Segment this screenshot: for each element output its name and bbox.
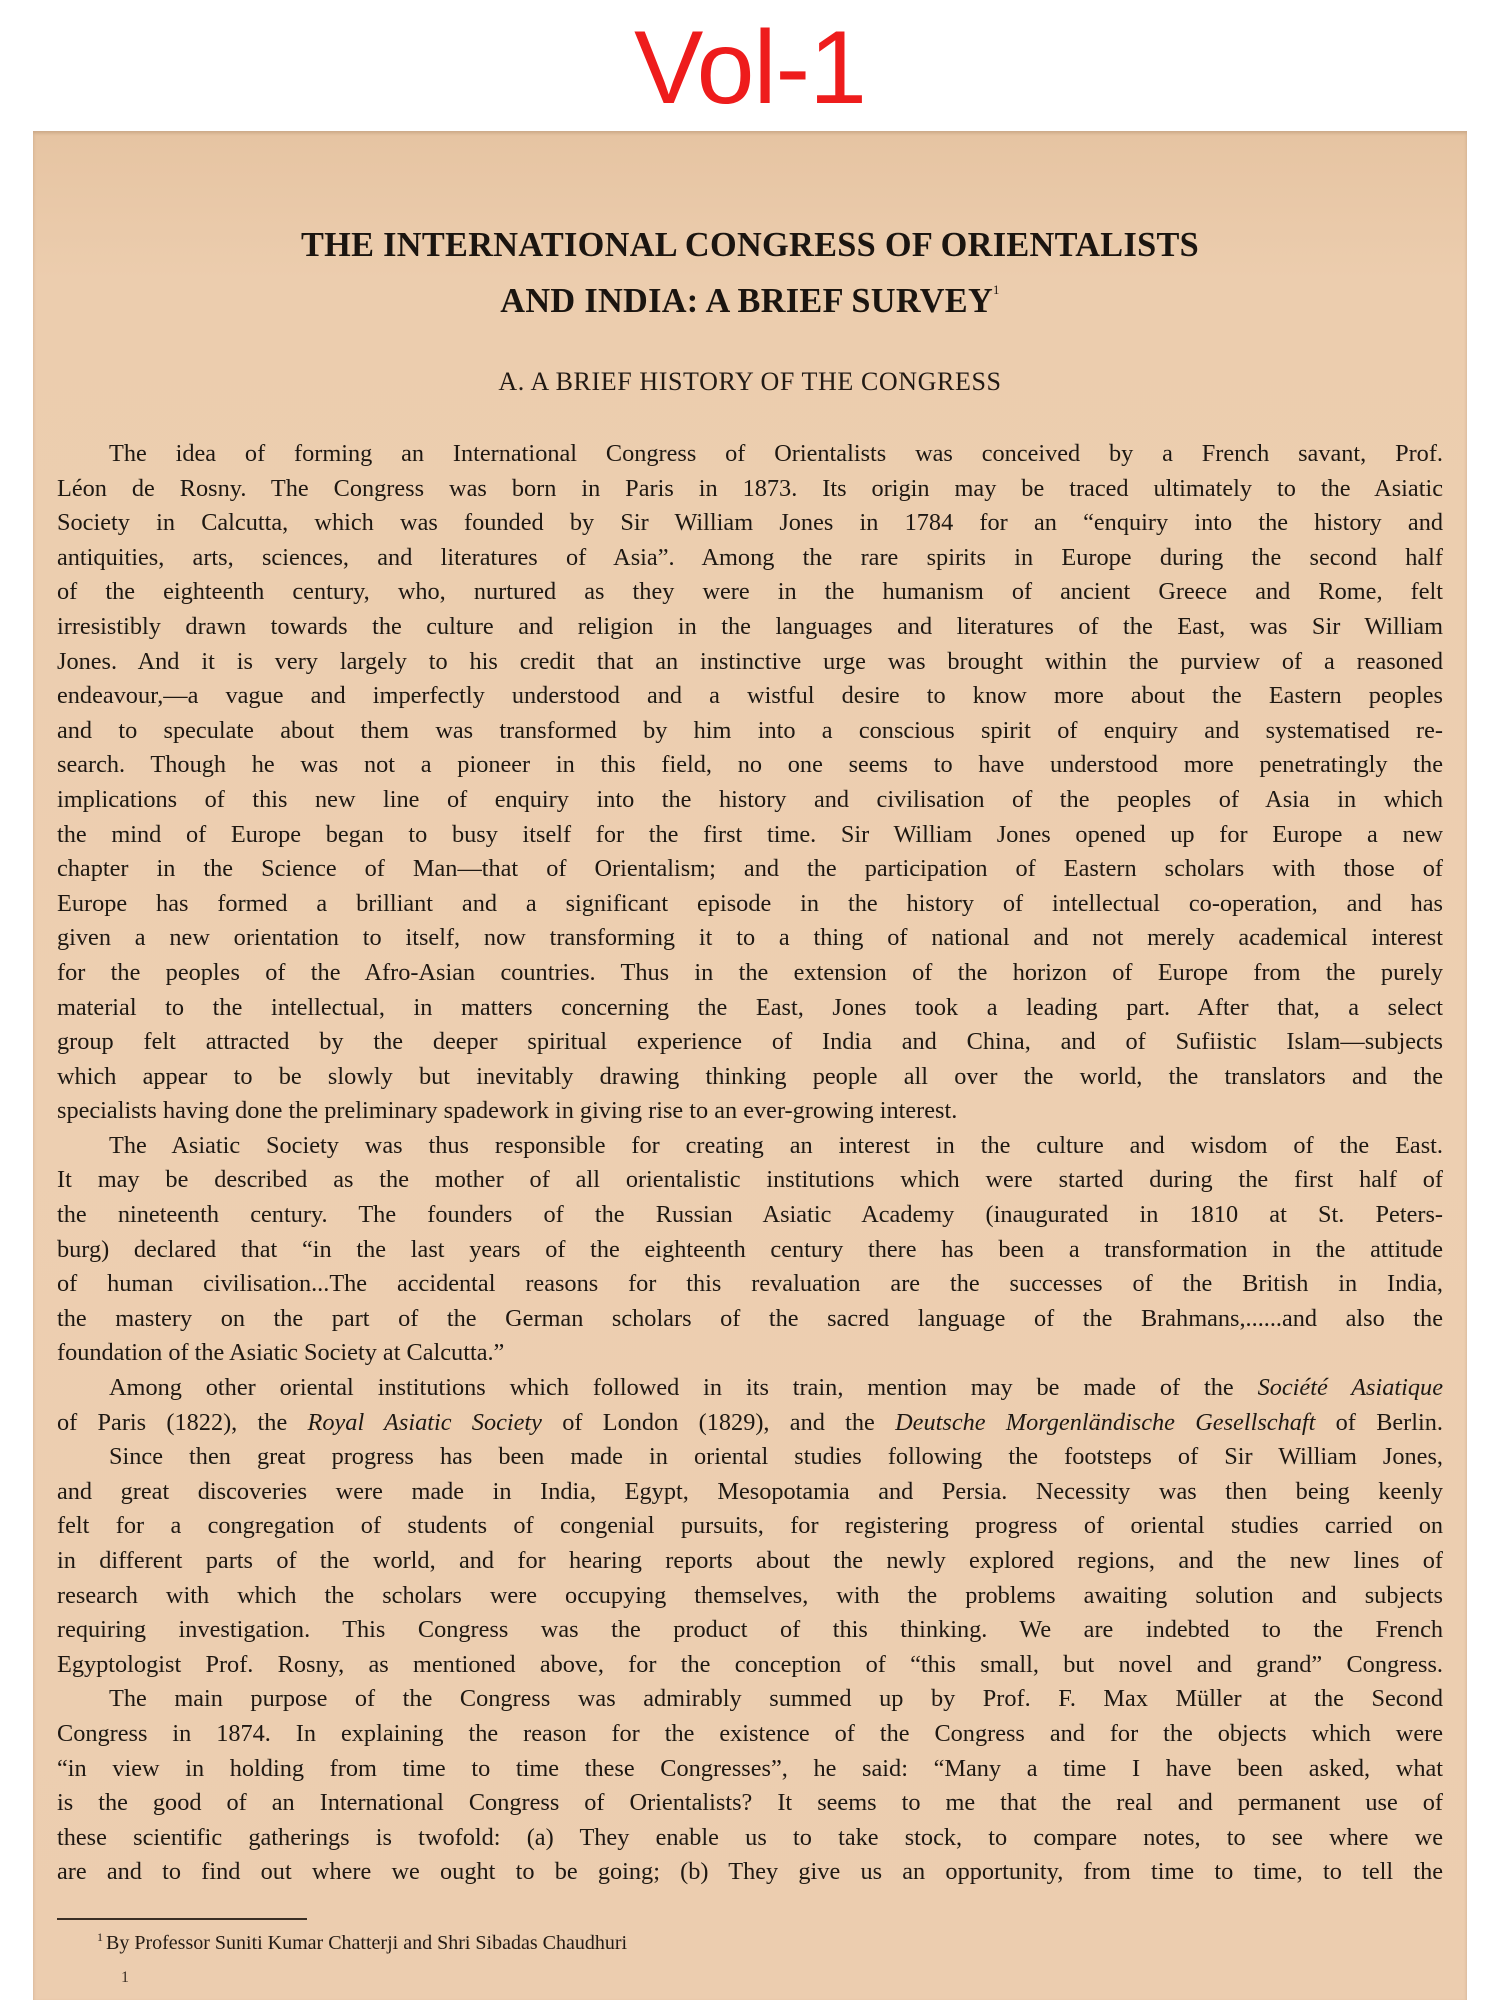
title-footnote-marker[interactable]: 1 xyxy=(993,282,1000,297)
text-line: Europe has formed a brilliant and a sign… xyxy=(57,887,1443,922)
text-line: the nineteenth century. The founders of … xyxy=(57,1198,1443,1233)
text-line: search. Though he was not a pioneer in t… xyxy=(57,748,1443,783)
text-line: implications of this new line of enquiry… xyxy=(57,783,1443,818)
text-line: burg) declared that “in the last years o… xyxy=(57,1233,1443,1268)
article-title-line-2: AND INDIA: A BRIEF SURVEY1 xyxy=(47,281,1452,321)
text-line: group felt attracted by the deeper spiri… xyxy=(57,1025,1443,1060)
text-line: in different parts of the world, and for… xyxy=(57,1544,1443,1579)
page-number: 1 xyxy=(121,1969,129,1987)
text-line: these scientific gatherings is twofold: … xyxy=(57,1821,1443,1856)
text-line: the mastery on the part of the German sc… xyxy=(57,1302,1443,1337)
body-text: The idea of forming an International Con… xyxy=(57,437,1443,1890)
text-line: which appear to be slowly but inevitably… xyxy=(57,1060,1443,1095)
text-line: The idea of forming an International Con… xyxy=(57,437,1443,472)
text-line: requiring investigation. This Congress w… xyxy=(57,1613,1443,1648)
title-text-1: THE INTERNATIONAL CONGRESS OF ORIENTALIS… xyxy=(301,225,1199,264)
text-line: chapter in the Science of Man—that of Or… xyxy=(57,852,1443,887)
text-line: It may be described as the mother of all… xyxy=(57,1163,1443,1198)
text-line: research with which the scholars were oc… xyxy=(57,1579,1443,1614)
text-line: The Asiatic Society was thus responsible… xyxy=(57,1129,1443,1164)
text-line: and to speculate about them was transfor… xyxy=(57,714,1443,749)
text-line: Since then great progress has been made … xyxy=(57,1440,1443,1475)
text-line: specialists having done the preliminary … xyxy=(57,1094,1443,1129)
text-line: irresistibly drawn towards the culture a… xyxy=(57,610,1443,645)
text-line: antiquities, arts, sciences, and literat… xyxy=(57,541,1443,576)
text-line: are and to find out where we ought to be… xyxy=(57,1855,1443,1890)
text-line: Among other oriental institutions which … xyxy=(57,1371,1443,1406)
text-line: “in view in holding from time to time th… xyxy=(57,1752,1443,1787)
text-line: felt for a congregation of students of c… xyxy=(57,1509,1443,1544)
scanned-page: THE INTERNATIONAL CONGRESS OF ORIENTALIS… xyxy=(33,131,1467,2000)
text-line: Congress in 1874. In explaining the reas… xyxy=(57,1717,1443,1752)
text-line: is the good of an International Congress… xyxy=(57,1786,1443,1821)
text-line: material to the intellectual, in matters… xyxy=(57,991,1443,1026)
text-line: endeavour,—a vague and imperfectly under… xyxy=(57,679,1443,714)
text-line: of human civilisation...The accidental r… xyxy=(57,1267,1443,1302)
text-line: of Paris (1822), the Royal Asiatic Socie… xyxy=(57,1406,1443,1441)
text-line: the mind of Europe began to busy itself … xyxy=(57,818,1443,853)
section-heading: A. A BRIEF HISTORY OF THE CONGRESS xyxy=(33,367,1467,397)
footnote-marker: 1 xyxy=(97,1930,103,1944)
footnote-divider xyxy=(57,1918,307,1920)
article-title-line-1: THE INTERNATIONAL CONGRESS OF ORIENTALIS… xyxy=(47,225,1452,265)
text-line: The main purpose of the Congress was adm… xyxy=(57,1682,1443,1717)
text-line: Léon de Rosny. The Congress was born in … xyxy=(57,472,1443,507)
text-line: given a new orientation to itself, now t… xyxy=(57,921,1443,956)
volume-label: Vol-1 xyxy=(0,8,1500,128)
text-line: of the eighteenth century, who, nurtured… xyxy=(57,575,1443,610)
text-line: Society in Calcutta, which was founded b… xyxy=(57,506,1443,541)
text-line: Jones. And it is very largely to his cre… xyxy=(57,645,1443,680)
footnote-text: By Professor Suniti Kumar Chatterji and … xyxy=(106,1932,627,1954)
footnote: 1By Professor Suniti Kumar Chatterji and… xyxy=(97,1930,627,1955)
text-line: and great discoveries were made in India… xyxy=(57,1475,1443,1510)
text-line: Egyptologist Prof. Rosny, as mentioned a… xyxy=(57,1648,1443,1683)
title-text-2: AND INDIA: A BRIEF SURVEY xyxy=(500,281,993,320)
text-line: for the peoples of the Afro-Asian countr… xyxy=(57,956,1443,991)
text-line: foundation of the Asiatic Society at Cal… xyxy=(57,1336,1443,1371)
